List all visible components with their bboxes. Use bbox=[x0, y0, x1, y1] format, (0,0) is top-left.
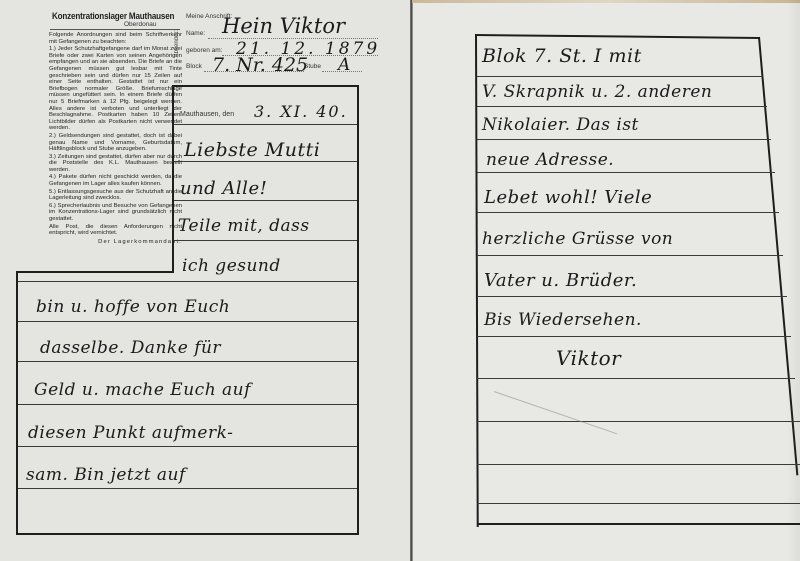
rule-line bbox=[18, 404, 357, 405]
rules-block: Folgende Anordnungen sind beim Schriftve… bbox=[49, 32, 182, 246]
born-label: geboren am: bbox=[186, 47, 223, 54]
rule-line bbox=[477, 212, 779, 213]
rule-line bbox=[477, 336, 791, 337]
frame-step bbox=[16, 271, 174, 273]
rule-line bbox=[477, 503, 800, 504]
name-label: Name: bbox=[186, 30, 205, 37]
frame-left bbox=[16, 271, 18, 535]
rules-intro: Folgende Anordnungen sind beim Schriftve… bbox=[49, 32, 182, 45]
right-line-3: Nikolaier. Das ist bbox=[482, 115, 639, 135]
rule-4: 4.) Pakete dürfen nicht geschickt werden… bbox=[49, 174, 182, 187]
signature: Viktor bbox=[556, 346, 621, 370]
name-value: Hein Viktor bbox=[222, 14, 345, 38]
rule-6: 6.) Sprecherlaubnis und Besuche von Gefa… bbox=[49, 203, 182, 223]
rule-5: 5.) Entlassungsgesuche aus der Schutzhaf… bbox=[49, 189, 182, 202]
letter-line-4: ich gesund bbox=[182, 256, 281, 276]
rule-line bbox=[18, 488, 357, 489]
rule-line bbox=[477, 464, 800, 465]
letter-line-9: sam. Bin jetzt auf bbox=[26, 465, 186, 485]
letter-line-3: Teile mit, dass bbox=[178, 216, 310, 236]
right-line-7: Vater u. Brüder. bbox=[484, 270, 637, 291]
right-line-2: V. Skrapnik u. 2. anderen bbox=[482, 82, 712, 102]
right-shadow bbox=[786, 0, 800, 561]
block-label: Block bbox=[186, 63, 202, 70]
rule-line bbox=[477, 255, 783, 256]
stube-label: Stube bbox=[304, 63, 321, 70]
letter-line-2: und Alle! bbox=[180, 178, 267, 199]
letter-date: 3. XI. 40. bbox=[254, 102, 348, 121]
rule-line bbox=[174, 200, 357, 201]
rule-2: 2.) Geldsendungen sind gestattet, doch i… bbox=[49, 133, 182, 153]
camp-subtitle: Oberdonau bbox=[124, 21, 157, 28]
rule-line bbox=[477, 172, 775, 173]
stube-value: A bbox=[338, 55, 350, 75]
rule-line bbox=[477, 106, 767, 107]
place-label: Mauthausen, den bbox=[180, 111, 234, 118]
rules-signoff: Der Lagerkommandant. bbox=[49, 239, 182, 246]
rule-line bbox=[477, 139, 771, 140]
right-line-6: herzliche Grüsse von bbox=[482, 229, 673, 249]
right-line-8: Bis Wiedersehen. bbox=[484, 310, 642, 330]
letter-line-7: Geld u. mache Euch auf bbox=[34, 380, 251, 400]
rule-line bbox=[174, 124, 357, 125]
rule-line bbox=[18, 446, 357, 447]
rule-line bbox=[477, 296, 787, 297]
rules-warning: Alle Post, die diesen Anforderungen nich… bbox=[49, 224, 182, 237]
block-value: 7. Nr. 425 bbox=[212, 54, 308, 76]
top-edge bbox=[412, 0, 800, 3]
right-frame-bottom bbox=[477, 523, 800, 525]
rule-1: 1.) Jeder Schutzhaftgefangene darf im Mo… bbox=[49, 46, 182, 132]
letter-line-6: dasselbe. Danke für bbox=[40, 338, 221, 358]
rule-line bbox=[174, 240, 357, 241]
rule-line bbox=[477, 76, 763, 77]
right-line-1: Blok 7. St. I mit bbox=[482, 45, 642, 67]
letter-line-8: diesen Punkt aufmerk- bbox=[28, 423, 233, 443]
rules-divider bbox=[50, 29, 180, 30]
rule-line bbox=[18, 361, 357, 362]
frame-inner-left bbox=[172, 85, 174, 273]
rule-line bbox=[174, 161, 357, 162]
frame-right bbox=[357, 85, 359, 533]
rule-line bbox=[477, 378, 795, 379]
rule-line bbox=[18, 321, 357, 322]
rule-3: 3.) Zeitungen sind gestattet, dürfen abe… bbox=[49, 154, 182, 174]
frame-top bbox=[172, 85, 358, 87]
frame-bottom bbox=[16, 533, 359, 535]
rule-line bbox=[18, 281, 357, 282]
letter-line-1: Liebste Mutti bbox=[184, 139, 320, 161]
rule-line bbox=[477, 421, 800, 422]
page-fold bbox=[410, 0, 413, 561]
right-line-4: neue Adresse. bbox=[486, 150, 614, 170]
right-line-5: Lebet wohl! Viele bbox=[484, 187, 652, 208]
letter-line-5: bin u. hoffe von Euch bbox=[36, 297, 230, 317]
absender-label: Absender: bbox=[174, 30, 180, 57]
